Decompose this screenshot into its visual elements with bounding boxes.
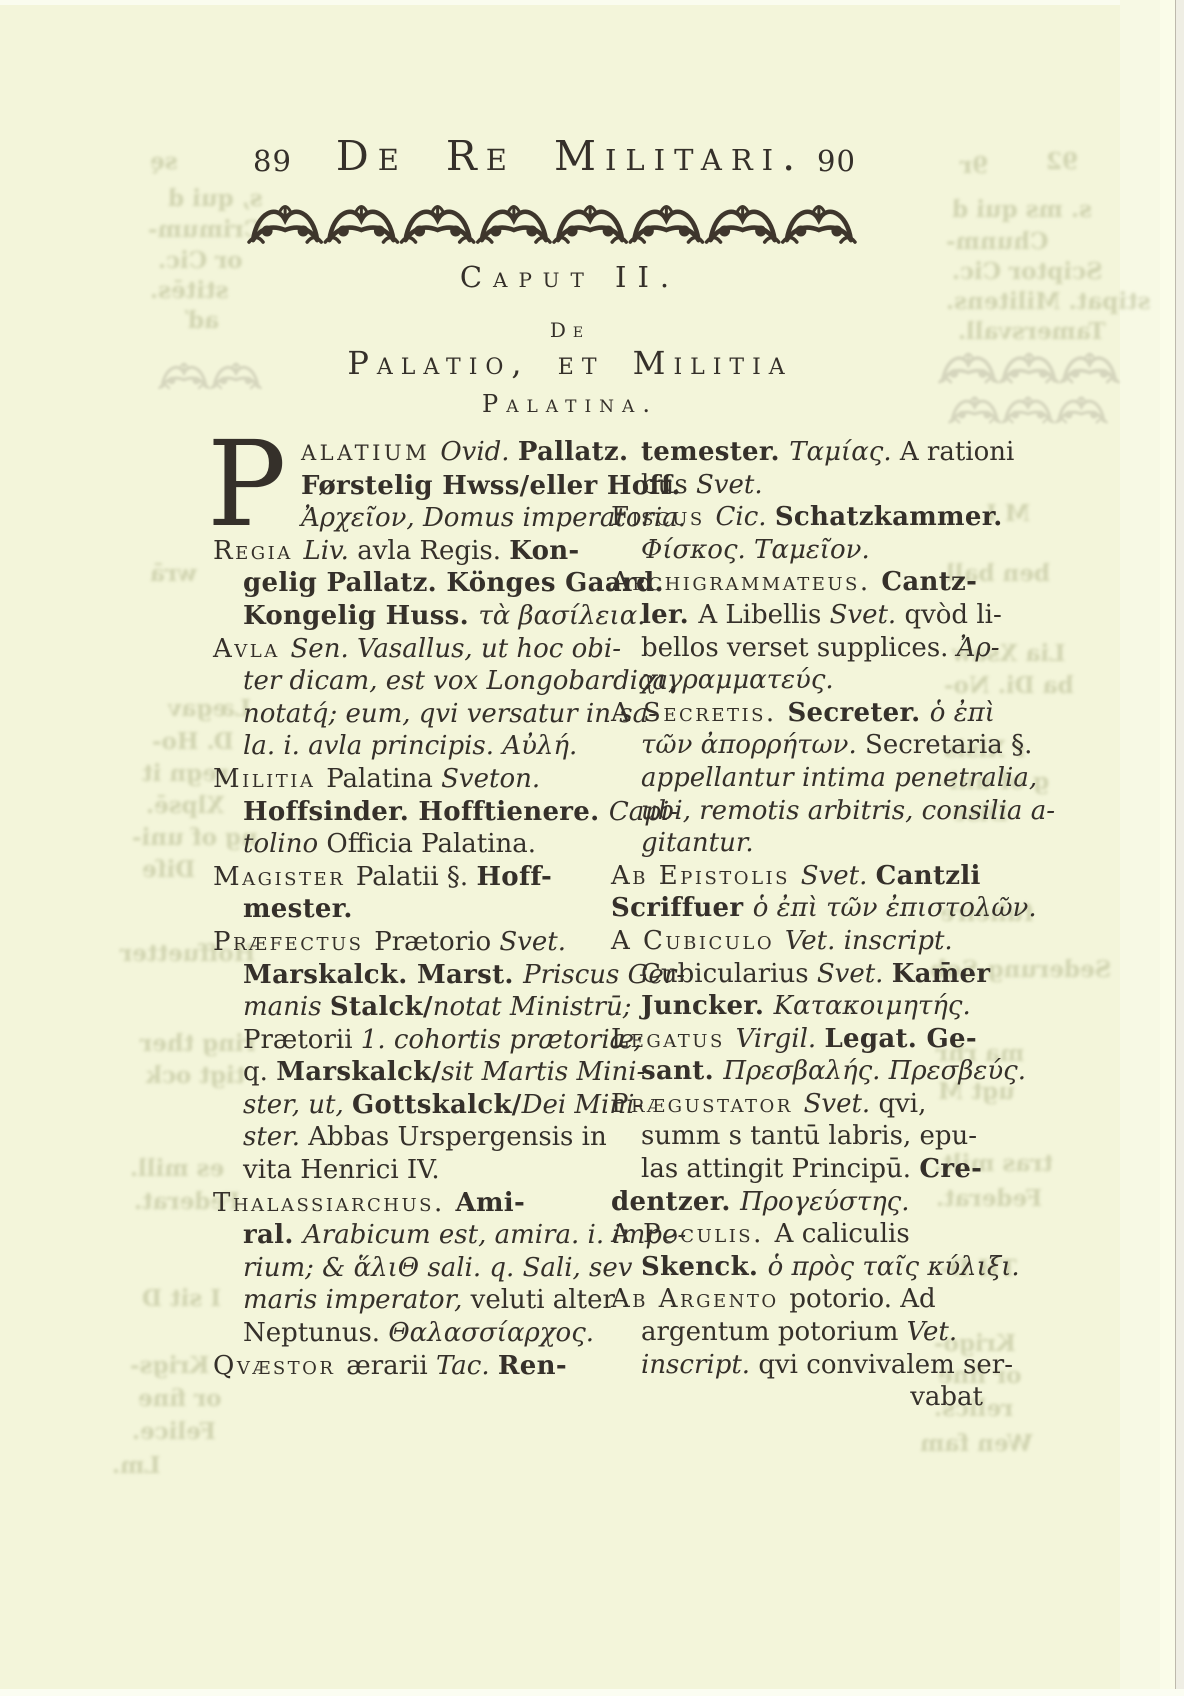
left-column: P ALATIUM Ovid. Pallatz.Førstelig Hwss/e… xyxy=(213,436,593,1382)
ghost-ornament-right xyxy=(938,348,1120,386)
text-segment: notat Ministrū; xyxy=(433,992,632,1022)
text-segment: A rationi xyxy=(900,437,1014,467)
entry-magister: Magister Palatii §. Hoff-mester. xyxy=(213,861,593,926)
text-segment: Svet. xyxy=(696,470,763,500)
text-line: appellantur intima penetralia, xyxy=(611,762,983,795)
text-segment: Liv. xyxy=(303,536,357,566)
text-segment: vabat xyxy=(910,1382,983,1412)
text-segment: Prætorii xyxy=(243,1025,361,1055)
text-segment: potorio. Ad xyxy=(789,1284,935,1314)
text-line: Prætorii 1. cohortis prætoriæ; xyxy=(213,1024,593,1057)
text-line: Kongelig Huss. τὰ βασίλεια. xyxy=(213,600,593,633)
text-segment: A Cubiculo xyxy=(611,926,785,956)
bleedthrough-text: Diſe xyxy=(142,856,195,883)
text-segment: Ἀρχεῖον, xyxy=(301,503,423,533)
text-segment: Vet. xyxy=(907,1317,958,1347)
text-segment: mester. xyxy=(243,894,353,924)
text-segment: Cubicularius xyxy=(641,959,817,989)
bleedthrough-text: s. ms qui d xyxy=(952,196,1092,223)
text-segment: Avla xyxy=(213,634,291,664)
text-segment: Palatii §. xyxy=(356,862,477,892)
text-segment: veluti alter xyxy=(471,1285,615,1315)
text-segment: Kon- xyxy=(509,536,579,566)
text-segment: Svet. xyxy=(801,861,876,891)
text-line: ubi, remotis arbitris, consilia a- xyxy=(611,795,983,828)
text-segment: avla Regis. xyxy=(357,536,509,566)
page-number-right: 90 xyxy=(817,144,856,178)
text-segment: Svet. xyxy=(804,1089,879,1119)
text-segment: Hoff- xyxy=(476,862,552,892)
text-segment: Κατακοιμητής. xyxy=(774,991,971,1021)
text-segment: Kongelig Huss. xyxy=(243,601,478,631)
text-segment: Svet. xyxy=(830,600,905,630)
text-line: bellos verset supplices. Ἀρ- xyxy=(611,632,983,665)
text-line: τῶν ἀπορρήτων. Secretaria §. xyxy=(611,729,983,762)
text-line: vabat xyxy=(611,1381,983,1414)
text-segment: gelig Pallatz. Könges Gaard. xyxy=(243,568,664,598)
text-line: summ s tantū labris, epu- xyxy=(611,1120,983,1153)
text-segment: Cre- xyxy=(919,1154,982,1184)
text-line: Marskalck. Marst. Priscus Ger- xyxy=(213,959,593,992)
right-column: temester. Ταμίας. A rationibus Svet.Fisc… xyxy=(611,436,983,1414)
page-fold-band-light xyxy=(1160,0,1175,1696)
entry-praegustator: Prægustator Svet. qvi,summ s tantū labri… xyxy=(611,1088,983,1218)
text-line: tolino Officia Palatina. xyxy=(213,828,593,861)
text-line: ter dicam, est vox Longobardica, xyxy=(213,665,593,698)
bleedthrough-text: sę xyxy=(150,148,178,175)
text-line: Avla Sen. Vasallus, ut hoc obi- xyxy=(213,633,593,666)
text-segment: ὁ ἐπὶ xyxy=(930,698,995,728)
text-line: las attingit Principū. Cre- xyxy=(611,1153,983,1186)
chapter-title-line2: Palatina. xyxy=(195,390,945,418)
text-segment: Præfectus xyxy=(213,927,374,957)
text-segment: Marskalck. Marst. xyxy=(243,960,523,990)
text-segment: Legatus xyxy=(611,1024,736,1054)
text-segment: Svet. xyxy=(499,927,566,957)
text-line: Cubicularius Svet. Kam̄er xyxy=(611,958,983,991)
text-segment: ubi, remotis arbitris, consilia a- xyxy=(641,796,1055,826)
bleedthrough-text: 92 xyxy=(1046,148,1078,175)
bleedthrough-text: es mill. xyxy=(130,1155,224,1182)
text-segment: Scriffuer xyxy=(611,893,753,923)
text-segment: bus xyxy=(641,470,696,500)
entry-avla: Avla Sen. Vasallus, ut hoc obi-ter dicam… xyxy=(213,633,593,763)
text-line: rium; & ἅλιΘ sali. q. Sali, sev xyxy=(213,1252,593,1285)
text-line: gelig Pallatz. Könges Gaard. xyxy=(213,567,593,600)
chapter-subheading-de: De xyxy=(195,318,945,342)
text-segment: Archigrammateus. xyxy=(611,567,881,597)
text-line: argentum potorium Vet. xyxy=(611,1316,983,1349)
text-segment: qvi convivalem ser- xyxy=(758,1350,1013,1380)
text-segment: tolino xyxy=(243,829,326,859)
text-line: vita Henrici IV. xyxy=(213,1154,593,1187)
text-line: Thalassiarchus. Ami- xyxy=(213,1187,593,1220)
text-segment: Officia Palatina. xyxy=(326,829,536,859)
text-segment: ster. xyxy=(243,1122,308,1152)
page-top-edge xyxy=(0,0,1184,5)
entry-qvaestor: Qvæstor ærarii Tac. Ren- xyxy=(213,1350,593,1383)
text-line: Fiscus Cic. Schatzkammer. xyxy=(611,501,983,534)
entry-militia: Militia Palatina Sveton.Hoffsinder. Hoff… xyxy=(213,763,593,861)
text-line: mester. xyxy=(213,893,593,926)
entry-thalassiarchus: Thalassiarchus. Ami-ral. Arabicum est, a… xyxy=(213,1187,593,1350)
text-segment: notatq́; eum, qvi versatur in sa- xyxy=(243,699,657,729)
text-segment: Φίσκος. Ταμεῖον. xyxy=(641,535,870,565)
text-segment: χιγραμματεύς. xyxy=(641,665,834,695)
text-line: Juncker. Κατακοιμητής. xyxy=(611,990,983,1023)
text-segment: Virgil. xyxy=(736,1024,825,1054)
entry-fiscus: Fiscus Cic. Schatzkammer.Φίσκος. Ταμεῖον… xyxy=(611,501,983,566)
text-segment: Schatzkammer. xyxy=(775,502,1003,532)
text-line: dentzer. Προγεύστης. xyxy=(611,1186,983,1219)
text-line: Ab Epistolis Svet. Cantzli xyxy=(611,860,983,893)
bleedthrough-text: wrā xyxy=(150,560,197,587)
text-segment: ærarii xyxy=(346,1351,436,1381)
text-line: manis Stalck/notat Ministrū; xyxy=(213,991,593,1024)
entry-legatus: Legatus Virgil. Legat. Ge-sant. Πρεσβαλή… xyxy=(611,1023,983,1088)
text-segment: Legat. Ge- xyxy=(824,1024,977,1054)
text-segment: A caliculis xyxy=(775,1219,910,1249)
text-segment: sali. q. Sali, sev xyxy=(427,1253,632,1283)
bleedthrough-text: or fine xyxy=(138,1385,222,1412)
book-page-scan: sęs, qui dCrimum-or Cic.stitēs.aďwrāLæga… xyxy=(0,0,1184,1696)
text-segment: Αὐλή. xyxy=(502,731,577,761)
text-line: Skenck. ὁ πρὸς ταῖς κύλιξι. xyxy=(611,1251,983,1284)
text-segment: Qvæstor xyxy=(213,1351,346,1381)
text-segment: ὁ ἐπὶ τῶν ἐπιστολῶν. xyxy=(753,893,1037,923)
text-segment: Vet. inscript. xyxy=(785,926,953,956)
text-segment: la. i. avla principis. xyxy=(243,731,502,761)
text-segment: argentum potorium xyxy=(641,1317,907,1347)
text-line: Ab Argento potorio. Ad xyxy=(611,1283,983,1316)
bleedthrough-text: Chunm- xyxy=(946,228,1048,255)
entry-a-secretis: A Secretis. Secreter. ὁ ἐπὶτῶν ἀπορρήτων… xyxy=(611,697,983,860)
text-line: la. i. avla principis. Αὐλή. xyxy=(213,730,593,763)
text-segment: Prætorio xyxy=(374,927,499,957)
page-right-edge xyxy=(1175,0,1184,1696)
text-line: ster. Abbas Urspergensis in xyxy=(213,1121,593,1154)
text-segment: maris imperator, xyxy=(243,1285,471,1315)
bleedthrough-text: stipat. Militens. xyxy=(946,288,1151,315)
text-segment: qvòd li- xyxy=(904,600,1001,630)
text-line: bus Svet. xyxy=(611,469,983,502)
ghost-ornament-right-2 xyxy=(948,392,1108,426)
bleedthrough-text: Felice. xyxy=(132,1418,216,1445)
text-line: ral. Arabicum est, amira. i. impe- xyxy=(213,1219,593,1252)
text-segment: Neptunus. xyxy=(243,1318,388,1348)
entry-praefectus: Præfectus Prætorio Svet.Marskalck. Marst… xyxy=(213,926,593,1187)
drop-cap: P xyxy=(207,440,286,529)
text-segment: Prægustator xyxy=(611,1089,804,1119)
text-segment: rium; & xyxy=(243,1253,354,1283)
ornament-band xyxy=(247,198,857,248)
text-segment: gitantur. xyxy=(641,828,754,858)
text-segment: Svet. xyxy=(817,959,892,989)
text-segment: Militia xyxy=(213,764,326,794)
text-segment: Ren- xyxy=(498,1351,567,1381)
text-line: gitantur. xyxy=(611,827,983,860)
text-segment: temester. xyxy=(641,437,789,467)
text-segment: Secretaria §. xyxy=(865,730,1032,760)
text-line: Præfectus Prætorio Svet. xyxy=(213,926,593,959)
text-segment: inscript. xyxy=(641,1350,758,1380)
text-line: ler. A Libellis Svet. qvòd li- xyxy=(611,599,983,632)
text-line: Magister Palatii §. Hoff- xyxy=(213,861,593,894)
text-line: temester. Ταμίας. A rationi xyxy=(611,436,983,469)
text-segment: Sveton. xyxy=(441,764,540,794)
text-line: Φίσκος. Ταμεῖον. xyxy=(611,534,983,567)
text-line: ster, ut, Gottskalck/Dei Mini- xyxy=(213,1089,593,1122)
text-segment: ὁ πρὸς ταῖς κύλιξι. xyxy=(768,1252,1020,1282)
text-segment: Cantzli xyxy=(876,861,981,891)
text-segment: Gottskalck/ xyxy=(352,1090,522,1120)
text-segment: Πρεσβαλής. Πρεσβεύς. xyxy=(723,1056,1026,1086)
text-line: A Cubiculo Vet. inscript. xyxy=(611,925,983,958)
text-segment: Juncker. xyxy=(641,991,774,1021)
text-segment: las attingit Principū. xyxy=(641,1154,919,1184)
entry-rentemester-continuation: temester. Ταμίας. A rationibus Svet. xyxy=(611,436,983,501)
text-segment: A Libellis xyxy=(698,600,829,630)
text-segment: Magister xyxy=(213,862,356,892)
text-line: Militia Palatina Sveton. xyxy=(213,763,593,796)
text-line: maris imperator, veluti alter xyxy=(213,1284,593,1317)
text-segment: τῶν ἀπορρήτων. xyxy=(641,730,865,760)
text-segment: Ἀρ- xyxy=(957,633,1000,663)
text-segment: Kam̄er xyxy=(892,959,991,989)
text-segment: q. xyxy=(243,1057,276,1087)
text-segment: Ab Argento xyxy=(611,1284,789,1314)
text-segment: Marskalck/ xyxy=(276,1057,441,1087)
text-line: Neptunus. Θαλασσίαρχος. xyxy=(213,1317,593,1350)
text-segment: dentzer. xyxy=(611,1187,740,1217)
text-segment: Stalck/ xyxy=(330,992,433,1022)
text-line: sant. Πρεσβαλής. Πρεσβεύς. xyxy=(611,1055,983,1088)
text-segment: Tac. xyxy=(436,1351,498,1381)
text-segment: ral. xyxy=(243,1220,303,1250)
text-segment: ἅλιΘ xyxy=(354,1253,428,1283)
bleedthrough-text: Tamersvall. xyxy=(958,318,1106,345)
text-segment: Ami- xyxy=(456,1188,526,1218)
bleedthrough-text: Krigs- xyxy=(130,1352,209,1379)
text-segment: Προγεύστης. xyxy=(740,1187,909,1217)
text-segment: Secreter. xyxy=(787,698,929,728)
text-segment: 1. cohortis prætoriæ; xyxy=(361,1025,643,1055)
text-line: notatq́; eum, qvi versatur in sa- xyxy=(213,698,593,731)
text-segment: appellantur intima penetralia, xyxy=(641,763,1037,793)
text-segment: Ab Epistolis xyxy=(611,861,801,891)
text-line: Qvæstor ærarii Tac. Ren- xyxy=(213,1350,593,1383)
chapter-heading: Caput II. xyxy=(195,260,945,294)
text-segment: Θαλασσίαρχος. xyxy=(388,1318,594,1348)
text-segment: bellos verset supplices. xyxy=(641,633,957,663)
text-line: inscript. qvi convivalem ser- xyxy=(611,1349,983,1382)
text-segment: vita Henrici IV. xyxy=(243,1155,440,1185)
text-line: A Poculis. A caliculis xyxy=(611,1218,983,1251)
text-line: χιγραμματεύς. xyxy=(611,664,983,697)
text-segment: Palatina xyxy=(326,764,441,794)
text-segment: ler. xyxy=(641,600,698,630)
text-segment: ster, ut, xyxy=(243,1090,352,1120)
page-fold-band xyxy=(1120,0,1160,1696)
page-bottom-edge xyxy=(0,1689,1184,1696)
text-line: Prægustator Svet. qvi, xyxy=(611,1088,983,1121)
text-segment: qvi, xyxy=(878,1089,926,1119)
text-segment: Skenck. xyxy=(641,1252,768,1282)
bleedthrough-text: Crimum- xyxy=(148,216,262,243)
text-line: Archigrammateus. Cantz- xyxy=(611,566,983,599)
bleedthrough-text: Sciptor Cic. xyxy=(952,258,1103,285)
entry-ab-epistolis: Ab Epistolis Svet. CantzliScriffuer ὁ ἐπ… xyxy=(611,860,983,925)
text-line: Legatus Virgil. Legat. Ge- xyxy=(611,1023,983,1056)
bleedthrough-text: Lm. xyxy=(112,1452,161,1479)
text-segment: A Secretis. xyxy=(611,698,787,728)
bleedthrough-text: 9r xyxy=(960,152,988,179)
text-segment: manis xyxy=(243,992,330,1022)
text-segment: Hoffsinder. Hofftienere. xyxy=(243,797,609,827)
text-segment: Fiscus xyxy=(611,502,716,532)
text-line: q. Marskalck/sit Martis Mini- xyxy=(213,1056,593,1089)
text-line: Scriffuer ὁ ἐπὶ τῶν ἐπιστολῶν. xyxy=(611,892,983,925)
entry-archigrammateus: Archigrammateus. Cantz-ler. A Libellis S… xyxy=(611,566,983,696)
text-segment: Abbas Urspergensis in xyxy=(308,1122,606,1152)
text-segment: summ s tantū labris, epu- xyxy=(641,1121,977,1151)
text-segment: Sen. Vasallus, ut hoc obi- xyxy=(291,634,622,664)
text-segment: A Poculis. xyxy=(611,1219,775,1249)
text-segment: sant. xyxy=(641,1056,723,1086)
bleedthrough-text: Wen fam xyxy=(920,1430,1032,1457)
entry-a-poculis: A Poculis. A caliculisSkenck. ὁ πρὸς ταῖ… xyxy=(611,1218,983,1283)
entry-a-cubiculo: A Cubiculo Vet. inscript.Cubicularius Sv… xyxy=(611,925,983,1023)
text-segment: Cantz- xyxy=(881,567,977,597)
entry-ab-argento: Ab Argento potorio. Adargentum potorium … xyxy=(611,1283,983,1413)
text-segment: Thalassiarchus. xyxy=(213,1188,456,1218)
bleedthrough-text: I sit D xyxy=(142,1285,221,1312)
text-segment: Ταμίας. xyxy=(789,437,900,467)
text-segment: Cic. xyxy=(716,502,775,532)
text-segment: Ovid. xyxy=(440,437,518,467)
chapter-title-line1: Palatio, et Militia xyxy=(195,344,945,382)
text-line: Hoffsinder. Hofftienere. Capi- xyxy=(213,796,593,829)
text-line: A Secretis. Secreter. ὁ ἐπὶ xyxy=(611,697,983,730)
text-segment: ALATIUM xyxy=(301,441,440,465)
